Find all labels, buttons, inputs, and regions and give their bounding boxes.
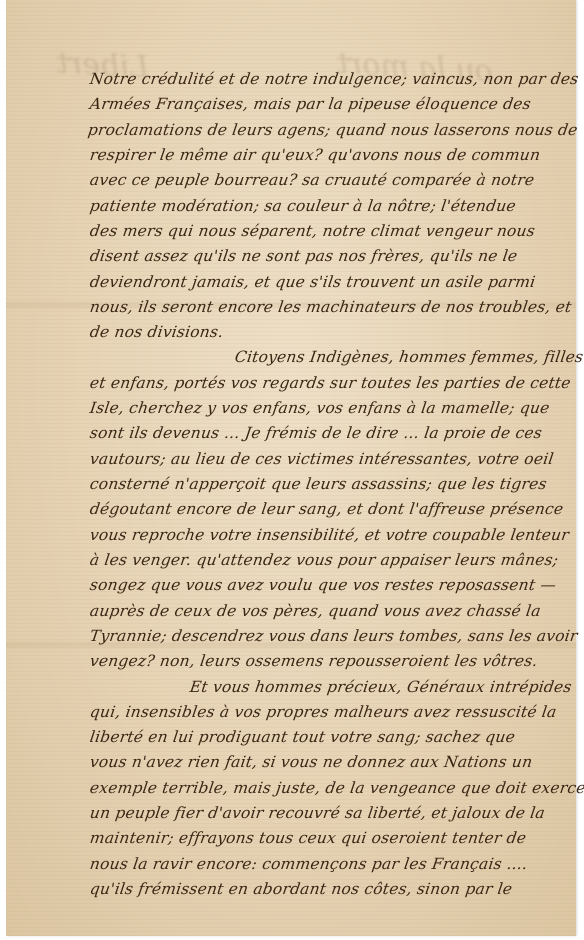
- manuscript-page: Libert ou la mort Notre crédulité et de …: [6, 0, 576, 936]
- paragraph-start-line: Citoyens Indigènes, hommes femmes, fille…: [234, 348, 584, 366]
- text-line: songez que vous avez voulu que vos reste…: [89, 576, 558, 594]
- text-line: vautours; au lieu de ces victimes intére…: [89, 450, 555, 468]
- text-line: nous, ils seront encore les machinateurs…: [89, 298, 573, 316]
- text-line: Isle, cherchez y vos enfans, vos enfans …: [89, 399, 551, 417]
- text-line: et enfans, portés vos regards sur toutes…: [89, 374, 572, 392]
- text-line: consterné n'apperçoit que leurs assassin…: [89, 475, 548, 493]
- text-line: nous la ravir encore: commençons par les…: [89, 855, 529, 873]
- text-line: proclamations de leurs agens; quand nous…: [87, 121, 579, 139]
- text-line: maintenir; effrayons tous ceux qui osero…: [89, 829, 528, 847]
- text-line: Tyrannie; descendrez vous dans leurs tom…: [89, 627, 579, 645]
- text-line: Armées Françaises, mais par la pipeuse é…: [89, 95, 532, 113]
- text-line: sont ils devenus ... Je frémis de le dir…: [89, 424, 544, 442]
- text-line: vengez? non, leurs ossemens repousseroie…: [89, 652, 539, 670]
- text-line: à les venger. qu'attendez vous pour appa…: [89, 551, 560, 569]
- text-line: un peuple fier d'avoir recouvré sa liber…: [89, 804, 546, 822]
- text-line: vous reproche votre insensibilité, et vo…: [89, 526, 571, 544]
- text-line: disent assez qu'ils ne sont pas nos frèr…: [89, 247, 519, 265]
- text-line: de nos divisions.: [89, 323, 225, 341]
- text-line: vous n'avez rien fait, si vous ne donnez…: [89, 753, 534, 771]
- text-line: avec ce peuple bourreau? sa cruauté comp…: [89, 171, 536, 189]
- text-line: liberté en lui prodiguant tout votre san…: [89, 728, 517, 746]
- text-line: exemple terrible, mais juste, de la veng…: [89, 779, 584, 797]
- text-line: qu'ils frémissent en abordant nos côtes,…: [89, 880, 514, 898]
- text-line: Notre crédulité et de notre indulgence; …: [89, 70, 580, 88]
- text-line: deviendront jamais, et que s'ils trouven…: [89, 273, 537, 291]
- text-line: dégoutant encore de leur sang, et dont l…: [89, 500, 565, 518]
- text-line: patiente modération; sa couleur à la nôt…: [89, 197, 517, 215]
- text-line: des mers qui nous séparent, notre climat…: [89, 222, 536, 240]
- paragraph-start-line: Et vous hommes précieux, Généraux intrép…: [189, 678, 573, 696]
- text-line: auprès de ceux de vos pères, quand vous …: [89, 602, 542, 620]
- text-line: respirer le même air qu'eux? qu'avons no…: [89, 146, 542, 164]
- text-line: qui, insensibles à vos propres malheurs …: [89, 703, 558, 721]
